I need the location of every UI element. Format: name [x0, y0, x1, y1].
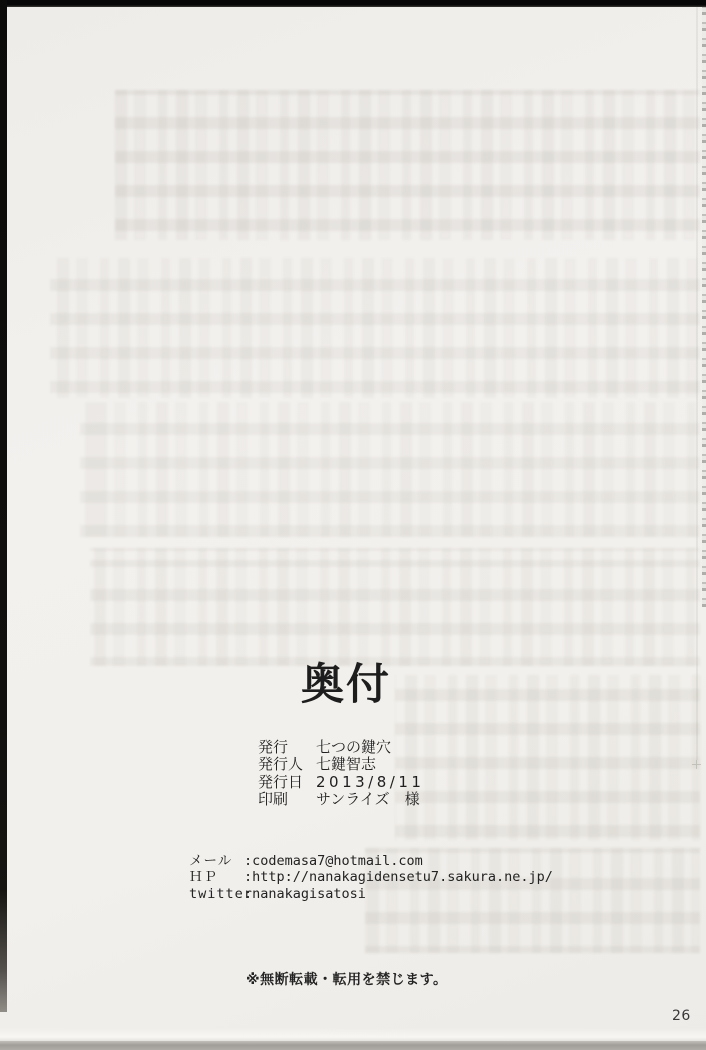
contact-block: メール :codemasa7@hotmail.com ＨＰ :http://na…: [189, 853, 553, 902]
contact-row-homepage: ＨＰ :http://nanakagidensetu7.sakura.ne.jp…: [189, 869, 553, 885]
colophon-row-publisher: 発行 七つの鍵穴: [258, 739, 424, 756]
copyright-notice: ※無断転載・転用を禁じます。: [246, 969, 448, 989]
colophon-row-publisher-person: 発行人 七鍵智志: [258, 756, 424, 773]
colophon-value: 2013/8/11: [316, 774, 424, 791]
colophon-row-publish-date: 発行日 2013/8/11: [258, 774, 424, 791]
page-number: 26: [672, 1008, 691, 1024]
paper-bottom-highlight: [0, 1028, 706, 1041]
bleedthrough-region: [115, 90, 700, 240]
bleedthrough-region: [80, 402, 700, 537]
colophon-block: 発行 七つの鍵穴 発行人 七鍵智志 発行日 2013/8/11 印刷 サンライズ…: [258, 739, 424, 808]
colophon-row-printer: 印刷 サンライズ 様: [258, 791, 424, 808]
twitter-handle: :nanakagisatosi: [244, 886, 366, 902]
colophon-label: 発行人: [258, 756, 316, 773]
colophon-value: 七つの鍵穴: [316, 739, 391, 756]
scan-edge-top: [0, 0, 706, 7]
scan-edge-bottom: [0, 1041, 706, 1050]
contact-label: twitter: [189, 886, 244, 902]
colophon-label: 印刷: [258, 791, 316, 808]
scanned-page: 奥付 発行 七つの鍵穴 発行人 七鍵智志 発行日 2013/8/11 印刷 サン…: [0, 0, 706, 1050]
bleedthrough-region: [50, 258, 700, 398]
colophon-value: サンライズ 様: [316, 791, 420, 808]
colophon-value: 七鍵智志: [316, 756, 376, 773]
stray-plus-mark: [692, 760, 701, 769]
colophon-label: 発行: [258, 739, 316, 756]
contact-row-twitter: twitter :nanakagisatosi: [189, 886, 553, 902]
scan-edge-left: [0, 0, 7, 1012]
colophon-label: 発行日: [258, 774, 316, 791]
email-address: :codemasa7@hotmail.com: [244, 853, 423, 869]
contact-label: ＨＰ: [189, 869, 244, 885]
scan-right-edge-speckle: [702, 7, 706, 607]
contact-row-email: メール :codemasa7@hotmail.com: [189, 853, 553, 869]
contact-label: メール: [189, 853, 244, 869]
page-title: 奥付: [301, 661, 391, 709]
bleedthrough-region: [395, 675, 700, 840]
bleedthrough-region: [90, 548, 700, 666]
paper-fold-line: [696, 0, 698, 760]
homepage-url: :http://nanakagidensetu7.sakura.ne.jp/: [244, 869, 553, 885]
